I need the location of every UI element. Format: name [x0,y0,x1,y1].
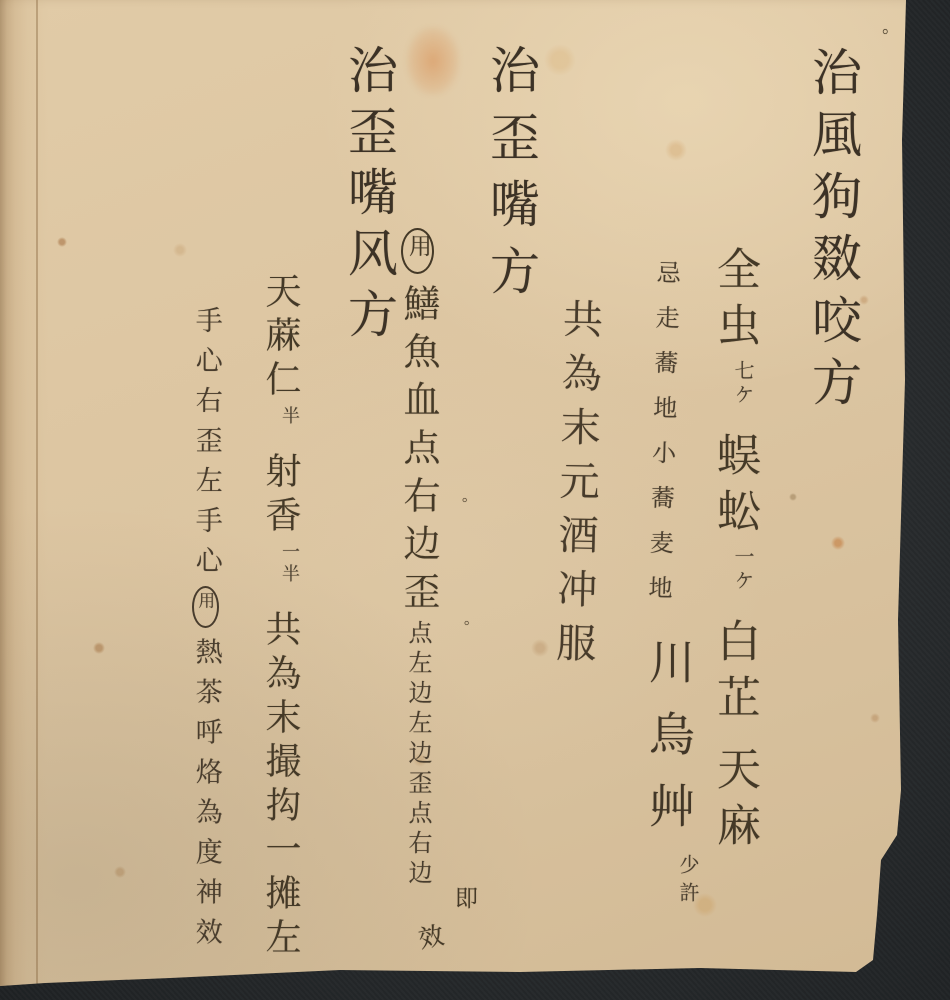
taboo-annotation: 忌走蕎地小蕎麦地 [645,260,678,621]
ingredient-tianmaren-name: 天蔴仁 [260,272,301,404]
title-crooked-mouth-wind-remedy: 治歪嘴风方 [344,44,394,349]
ingredient-quanchong-dose: 七ケ [733,360,753,408]
column-instruction-palm: 手心右歪左手心用熱茶呼烙為度神效 [192,306,220,958]
instruction-eel-blood-cont: 点左边左边歪点右边 [404,620,432,890]
title-rabid-dog-bite-remedy: 治風狗敪咬方 [808,46,858,418]
ingredient-chuanwu-name: 川烏艸 [646,638,692,854]
instruction-eel-blood-main: 鱔魚血点右边歪 [397,284,440,620]
ingredient-wugong-dose: 一ケ [733,546,753,594]
result-char-xiao: 效 [415,922,445,952]
ingredient-quanchong-name: 全虫 [709,246,760,358]
ingredient-tianmaren-dose: 半 [280,406,298,428]
result-char-ji: 即 [452,886,475,909]
reading-mark-circle: 。 [869,28,886,45]
ingredient-shexiang: 射香一半 [260,452,301,594]
column-ingredients-dog-bite: 全虫七ケ蜈蚣一ケ白芷天麻 [712,246,756,874]
binding-crease-line [36,0,38,984]
paper-sheet: 。 治風狗敪咬方 全虫七ケ蜈蚣一ケ白芷天麻 忌走蕎地小蕎麦地 川烏艸 少許 共為… [0,0,950,1000]
scanned-manuscript-page: 。 治風狗敪咬方 全虫七ケ蜈蚣一ケ白芷天麻 忌走蕎地小蕎麦地 川烏艸 少許 共為… [0,0,950,1000]
ingredient-tianma: 天麻 [709,746,760,858]
column-instruction-eel-blood: 用鱔魚血点右边歪点左边左边歪点右边 [400,228,437,890]
instruction-palm-pre: 手心右歪左手心 [191,306,222,586]
instruction-powder-wine: 共為末元酒冲服 [552,298,600,677]
ingredient-tianma-name: 天麻 [709,746,760,858]
pause-mark-circle-1: 。 [452,497,467,512]
circled-char-yong: 用 [401,228,434,274]
binding-gutter [0,0,48,986]
instruction-powder-apply: 共為末撮抅一摊左 [260,610,301,962]
circled-char-yong-2: 用 [192,586,219,628]
pause-mark-circle-2: 。 [454,620,469,635]
ingredient-wugong-name: 蜈蚣 [709,432,760,544]
ingredient-baizhi: 白芷 [709,618,760,730]
ingredient-shexiang-name: 射香 [260,452,301,540]
ingredient-quanchong: 全虫七ケ [709,246,760,416]
ingredient-shexiang-dose: 一半 [280,542,298,586]
ingredient-chuanwu-dose: 少許 [678,854,698,910]
instruction-palm-post: 熱茶呼烙為度神效 [191,638,222,958]
faded-seal-smudge [406,26,460,96]
ingredient-baizhi-name: 白芷 [709,618,760,730]
ingredient-tianmaren: 天蔴仁半 [260,272,301,436]
ingredient-wugong: 蜈蚣一ケ [709,432,760,602]
title-crooked-mouth-remedy: 治歪嘴方 [486,44,536,312]
column-ingredients-wind: 天蔴仁半射香一半共為末撮抅一摊左 [262,272,298,962]
